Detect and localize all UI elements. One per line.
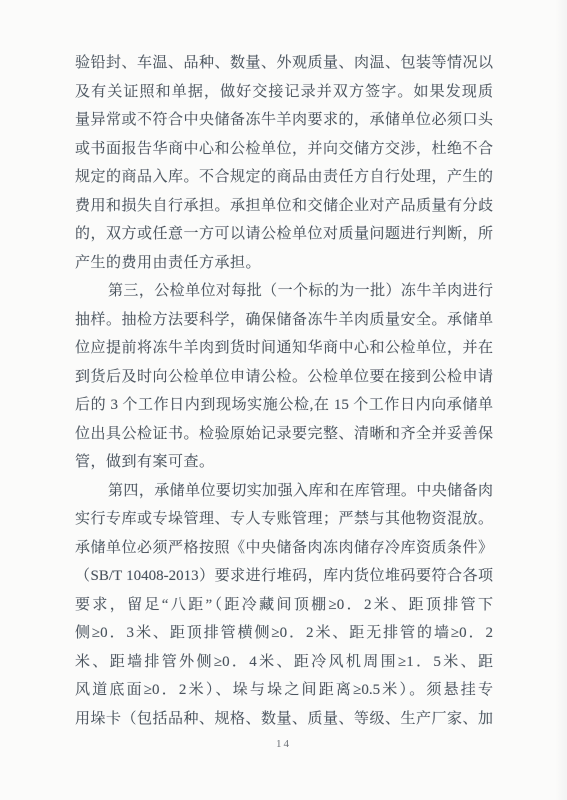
text-line: 第三，公检单位对每批（一个标的为一批）冻牛羊肉进行 [75, 277, 493, 306]
document-page: 验铅封、车温、品种、数量、外观质量、肉温、包装等情况以及有关证照和单据，做好交接… [0, 0, 567, 800]
text-line: 及有关证照和单据，做好交接记录并双方签字。如果发现质 [75, 78, 493, 107]
text-line: 产生的费用由责任方承担。 [75, 249, 493, 278]
text-line: 抽样。抽检方法要科学，确保储备冻牛羊肉质量安全。承储单 [75, 306, 493, 335]
text-line: （SB/T 10408-2013）要求进行堆码，库内货位堆码要符合各项 [75, 562, 493, 591]
page-number: 14 [0, 737, 567, 751]
text-line: 验铅封、车温、品种、数量、外观质量、肉温、包装等情况以 [75, 49, 493, 78]
text-line: 或书面报告华商中心和公检单位，并向交储方交涉，杜绝不合 [75, 135, 493, 164]
text-line: 第四，承储单位要切实加强入库和在库管理。中央储备肉 [75, 477, 493, 506]
text-line: 规定的商品入库。不合规定的商品由责任方自行处理，产生的 [75, 163, 493, 192]
text-line: 风道底面≥0．2米）、垛与垛之间距离≥0.5米）。须悬挂专 [75, 676, 493, 705]
paragraph: 第四，承储单位要切实加强入库和在库管理。中央储备肉实行专库或专垛管理、专人专账管… [75, 477, 493, 734]
text-line: 量异常或不符合中央储备冻牛羊肉要求的，承储单位必须口头 [75, 106, 493, 135]
text-line: 后的 3 个工作日内到现场实施公检,在 15 个工作日内向承储单 [75, 391, 493, 420]
text-line: 实行专库或专垛管理、专人专账管理；严禁与其他物资混放。 [75, 505, 493, 534]
text-line: 米、距墙排管外侧≥0．4米、距冷风机周围≥1．5米、距 [75, 648, 493, 677]
text-line: 要求，留足“八距”（距冷藏间顶棚≥0．2米、距顶排管下 [75, 591, 493, 620]
paragraph: 验铅封、车温、品种、数量、外观质量、肉温、包装等情况以及有关证照和单据，做好交接… [75, 49, 493, 277]
text-line: 位出具公检证书。检验原始记录要完整、清晰和齐全并妥善保 [75, 420, 493, 449]
paragraph: 第三，公检单位对每批（一个标的为一批）冻牛羊肉进行抽样。抽检方法要科学，确保储备… [75, 277, 493, 477]
text-line: 费用和损失自行承担。承担单位和交储企业对产品质量有分歧 [75, 192, 493, 221]
text-line: 管，做到有案可查。 [75, 448, 493, 477]
text-line: 用垛卡（包括品种、规格、数量、质量、等级、生产厂家、加 [75, 705, 493, 734]
text-line: 到货后及时向公检单位申请公检。公检单位要在接到公检申请 [75, 363, 493, 392]
text-line: 的，双方或任意一方可以请公检单位对质量问题进行判断，所 [75, 220, 493, 249]
text-line: 侧≥0．3米、距顶排管横侧≥0．2米、距无排管的墙≥0．2 [75, 619, 493, 648]
page-body: 验铅封、车温、品种、数量、外观质量、肉温、包装等情况以及有关证照和单据，做好交接… [75, 49, 493, 733]
text-line: 承储单位必须严格按照《中央储备肉冻肉储存冷库资质条件》 [75, 534, 493, 563]
text-line: 位应提前将冻牛羊肉到货时间通知华商中心和公检单位，并在 [75, 334, 493, 363]
scan-edge-shadow [555, 0, 567, 800]
